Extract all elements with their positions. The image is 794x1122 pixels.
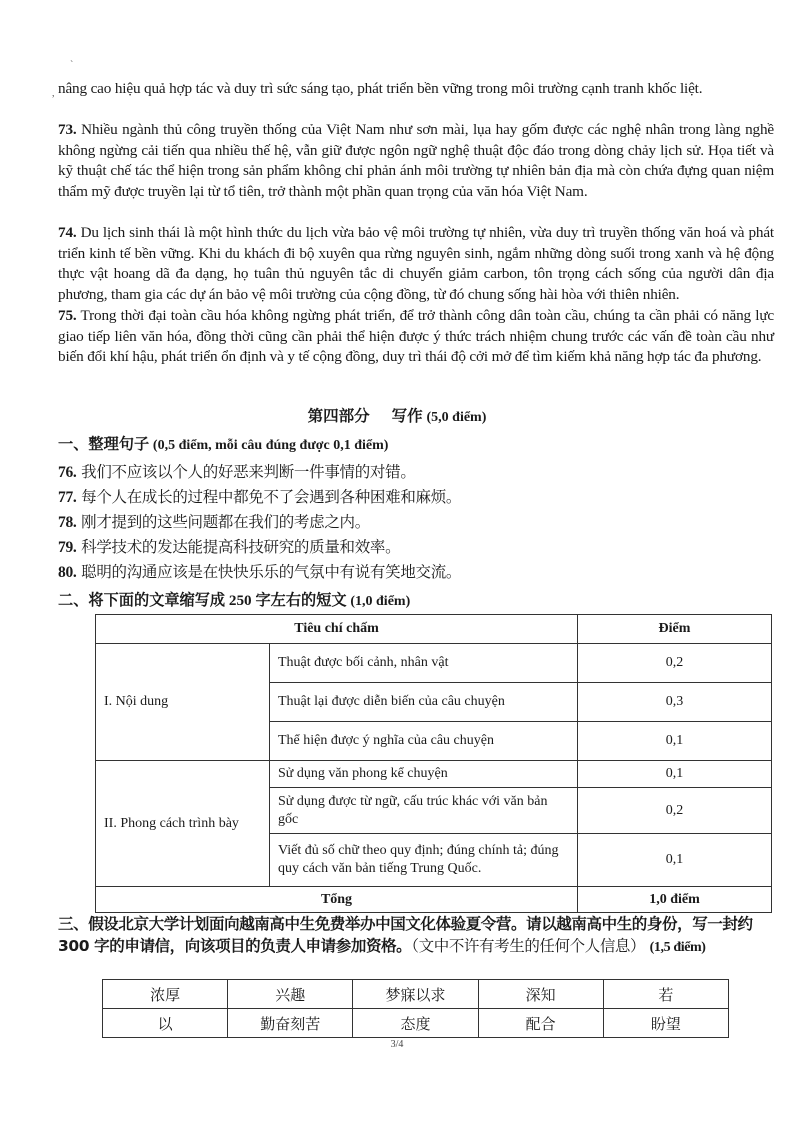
task2-points: (1,0 điểm) xyxy=(350,594,410,609)
task2-title-b: 字左右的短文 xyxy=(255,591,346,609)
paragraph-text: nâng cao hiệu quả hợp tác và duy trì sức… xyxy=(58,80,702,97)
task2-heading: 二、将下面的文章缩写成 250 字左右的短文 (1,0 điểm) xyxy=(58,589,410,610)
word-cell: 配合 xyxy=(478,1009,603,1038)
sentence-number: 77. xyxy=(58,489,76,506)
sentence-number: 79. xyxy=(58,539,76,556)
criterion-cell: Thuật được bối cảnh, nhân vật xyxy=(270,644,578,683)
item-number: 75. xyxy=(58,307,77,324)
category-cell: I. Nội dung xyxy=(96,644,270,761)
sentence-number: 78. xyxy=(58,514,76,531)
table-row: II. Phong cách trình bày Sử dụng văn pho… xyxy=(96,761,772,788)
header-score: Điểm xyxy=(578,615,772,644)
word-bank-table: 浓厚 兴趣 梦寐以求 深知 若 以 勤奋刻苦 态度 配合 盼望 xyxy=(102,979,729,1038)
task1-heading: 一、整理句子 (0,5 điểm, mỗi câu đúng được 0,1 … xyxy=(58,433,388,454)
task2-word-count: 250 xyxy=(229,592,252,609)
word-cell: 盼望 xyxy=(603,1009,728,1038)
score-cell: 0,2 xyxy=(578,788,772,834)
item-number: 73. xyxy=(58,121,77,138)
task3-note: （文中不许有考生的任何个人信息） xyxy=(411,937,645,955)
page-number: 3/4 xyxy=(0,1039,794,1050)
sentence-number: 80. xyxy=(58,564,76,581)
sentence-text: 我们不应该以个人的好恶来判断一件事情的对错。 xyxy=(81,463,415,481)
sentence-76: 76. 我们不应该以个人的好恶来判断一件事情的对错。 xyxy=(58,460,416,482)
sentence-80: 80. 聪明的沟通应该是在快快乐乐的气氛中有说有笑地交流。 xyxy=(58,560,461,582)
header-criteria: Tiêu chí chấm xyxy=(96,615,578,644)
score-cell: 0,1 xyxy=(578,761,772,788)
paragraph-text: Trong thời đại toàn cầu hóa không ngừng … xyxy=(58,307,774,365)
sentence-text: 科学技术的发达能提高科技研究的质量和效率。 xyxy=(81,538,400,556)
section-writing-label: 写作 xyxy=(392,407,423,425)
word-cell: 勤奋刻苦 xyxy=(228,1009,353,1038)
sentence-79: 79. 科学技术的发达能提高科技研究的质量和效率。 xyxy=(58,535,400,557)
criterion-cell: Thuật lại được diễn biến của câu chuyện xyxy=(270,683,578,722)
score-cell: 0,2 xyxy=(578,644,772,683)
category-cell: II. Phong cách trình bày xyxy=(96,761,270,887)
word-cell: 梦寐以求 xyxy=(353,980,478,1009)
task3-points: (1,5 điểm) xyxy=(650,940,706,955)
word-cell: 若 xyxy=(603,980,728,1009)
sentence-77: 77. 每个人在成长的过程中都免不了会遇到各种困难和麻烦。 xyxy=(58,485,461,507)
task2-title-a: 二、将下面的文章缩写成 xyxy=(58,591,225,609)
sentence-text: 聪明的沟通应该是在快快乐乐的气氛中有说有笑地交流。 xyxy=(81,563,461,581)
sentence-number: 76. xyxy=(58,464,76,481)
criterion-cell: Viết đủ số chữ theo quy định; đúng chính… xyxy=(270,834,578,887)
sentence-78: 78. 刚才提到的这些问题都在我们的考虑之内。 xyxy=(58,510,370,532)
word-cell: 以 xyxy=(103,1009,228,1038)
total-score: 1,0 điểm xyxy=(578,887,772,913)
scan-mark: , xyxy=(52,88,55,99)
scan-mark: ` xyxy=(70,60,73,71)
task3-prompt: 三、假设北京大学计划面向越南高中生免费举办中国文化体验夏令营。请以越南高中生的身… xyxy=(58,913,776,959)
word-cell: 态度 xyxy=(353,1009,478,1038)
reading-continuation: nâng cao hiệu quả hợp tác và duy trì sức… xyxy=(58,79,774,100)
score-cell: 0,3 xyxy=(578,683,772,722)
paragraph-text: Du lịch sinh thái là một hình thức du lị… xyxy=(58,224,774,303)
reading-item-75: 75. Trong thời đại toàn cầu hóa không ng… xyxy=(58,306,774,368)
table-total-row: Tổng 1,0 điểm xyxy=(96,887,772,913)
section-part-label: 第四部分 xyxy=(308,407,370,425)
sentence-text: 每个人在成长的过程中都免不了会遇到各种困难和麻烦。 xyxy=(81,488,461,506)
grading-rubric-table: Tiêu chí chấm Điểm I. Nội dung Thuật đượ… xyxy=(95,614,772,913)
score-cell: 0,1 xyxy=(578,722,772,761)
task1-points: (0,5 điểm, mỗi câu đúng được 0,1 điểm) xyxy=(153,438,389,453)
criterion-cell: Sử dụng văn phong kể chuyện xyxy=(270,761,578,788)
section-heading: 第四部分写作 (5,0 điểm) xyxy=(0,404,794,426)
sentence-text: 刚才提到的这些问题都在我们的考虑之内。 xyxy=(81,513,370,531)
word-row: 以 勤奋刻苦 态度 配合 盼望 xyxy=(103,1009,729,1038)
word-cell: 深知 xyxy=(478,980,603,1009)
word-cell: 浓厚 xyxy=(103,980,228,1009)
item-number: 74. xyxy=(58,224,77,241)
score-cell: 0,1 xyxy=(578,834,772,887)
table-row: I. Nội dung Thuật được bối cảnh, nhân vậ… xyxy=(96,644,772,683)
task1-title: 一、整理句子 xyxy=(58,435,149,453)
table-header-row: Tiêu chí chấm Điểm xyxy=(96,615,772,644)
paragraph-text: Nhiều ngành thủ công truyền thống của Vi… xyxy=(58,121,774,200)
word-cell: 兴趣 xyxy=(228,980,353,1009)
reading-item-74: 74. Du lịch sinh thái là một hình thức d… xyxy=(58,223,774,305)
word-row: 浓厚 兴趣 梦寐以求 深知 若 xyxy=(103,980,729,1009)
criterion-cell: Sử dụng được từ ngữ, cấu trúc khác với v… xyxy=(270,788,578,834)
total-label: Tổng xyxy=(96,887,578,913)
criterion-cell: Thể hiện được ý nghĩa của câu chuyện xyxy=(270,722,578,761)
reading-item-73: 73. Nhiều ngành thủ công truyền thống củ… xyxy=(58,120,774,202)
section-points: (5,0 điểm) xyxy=(427,410,487,425)
task3-instruction: 三、假设北京大学计划面向越南高中生免费举办中国文化体验夏令营。请以越南高中生的身… xyxy=(58,915,753,955)
